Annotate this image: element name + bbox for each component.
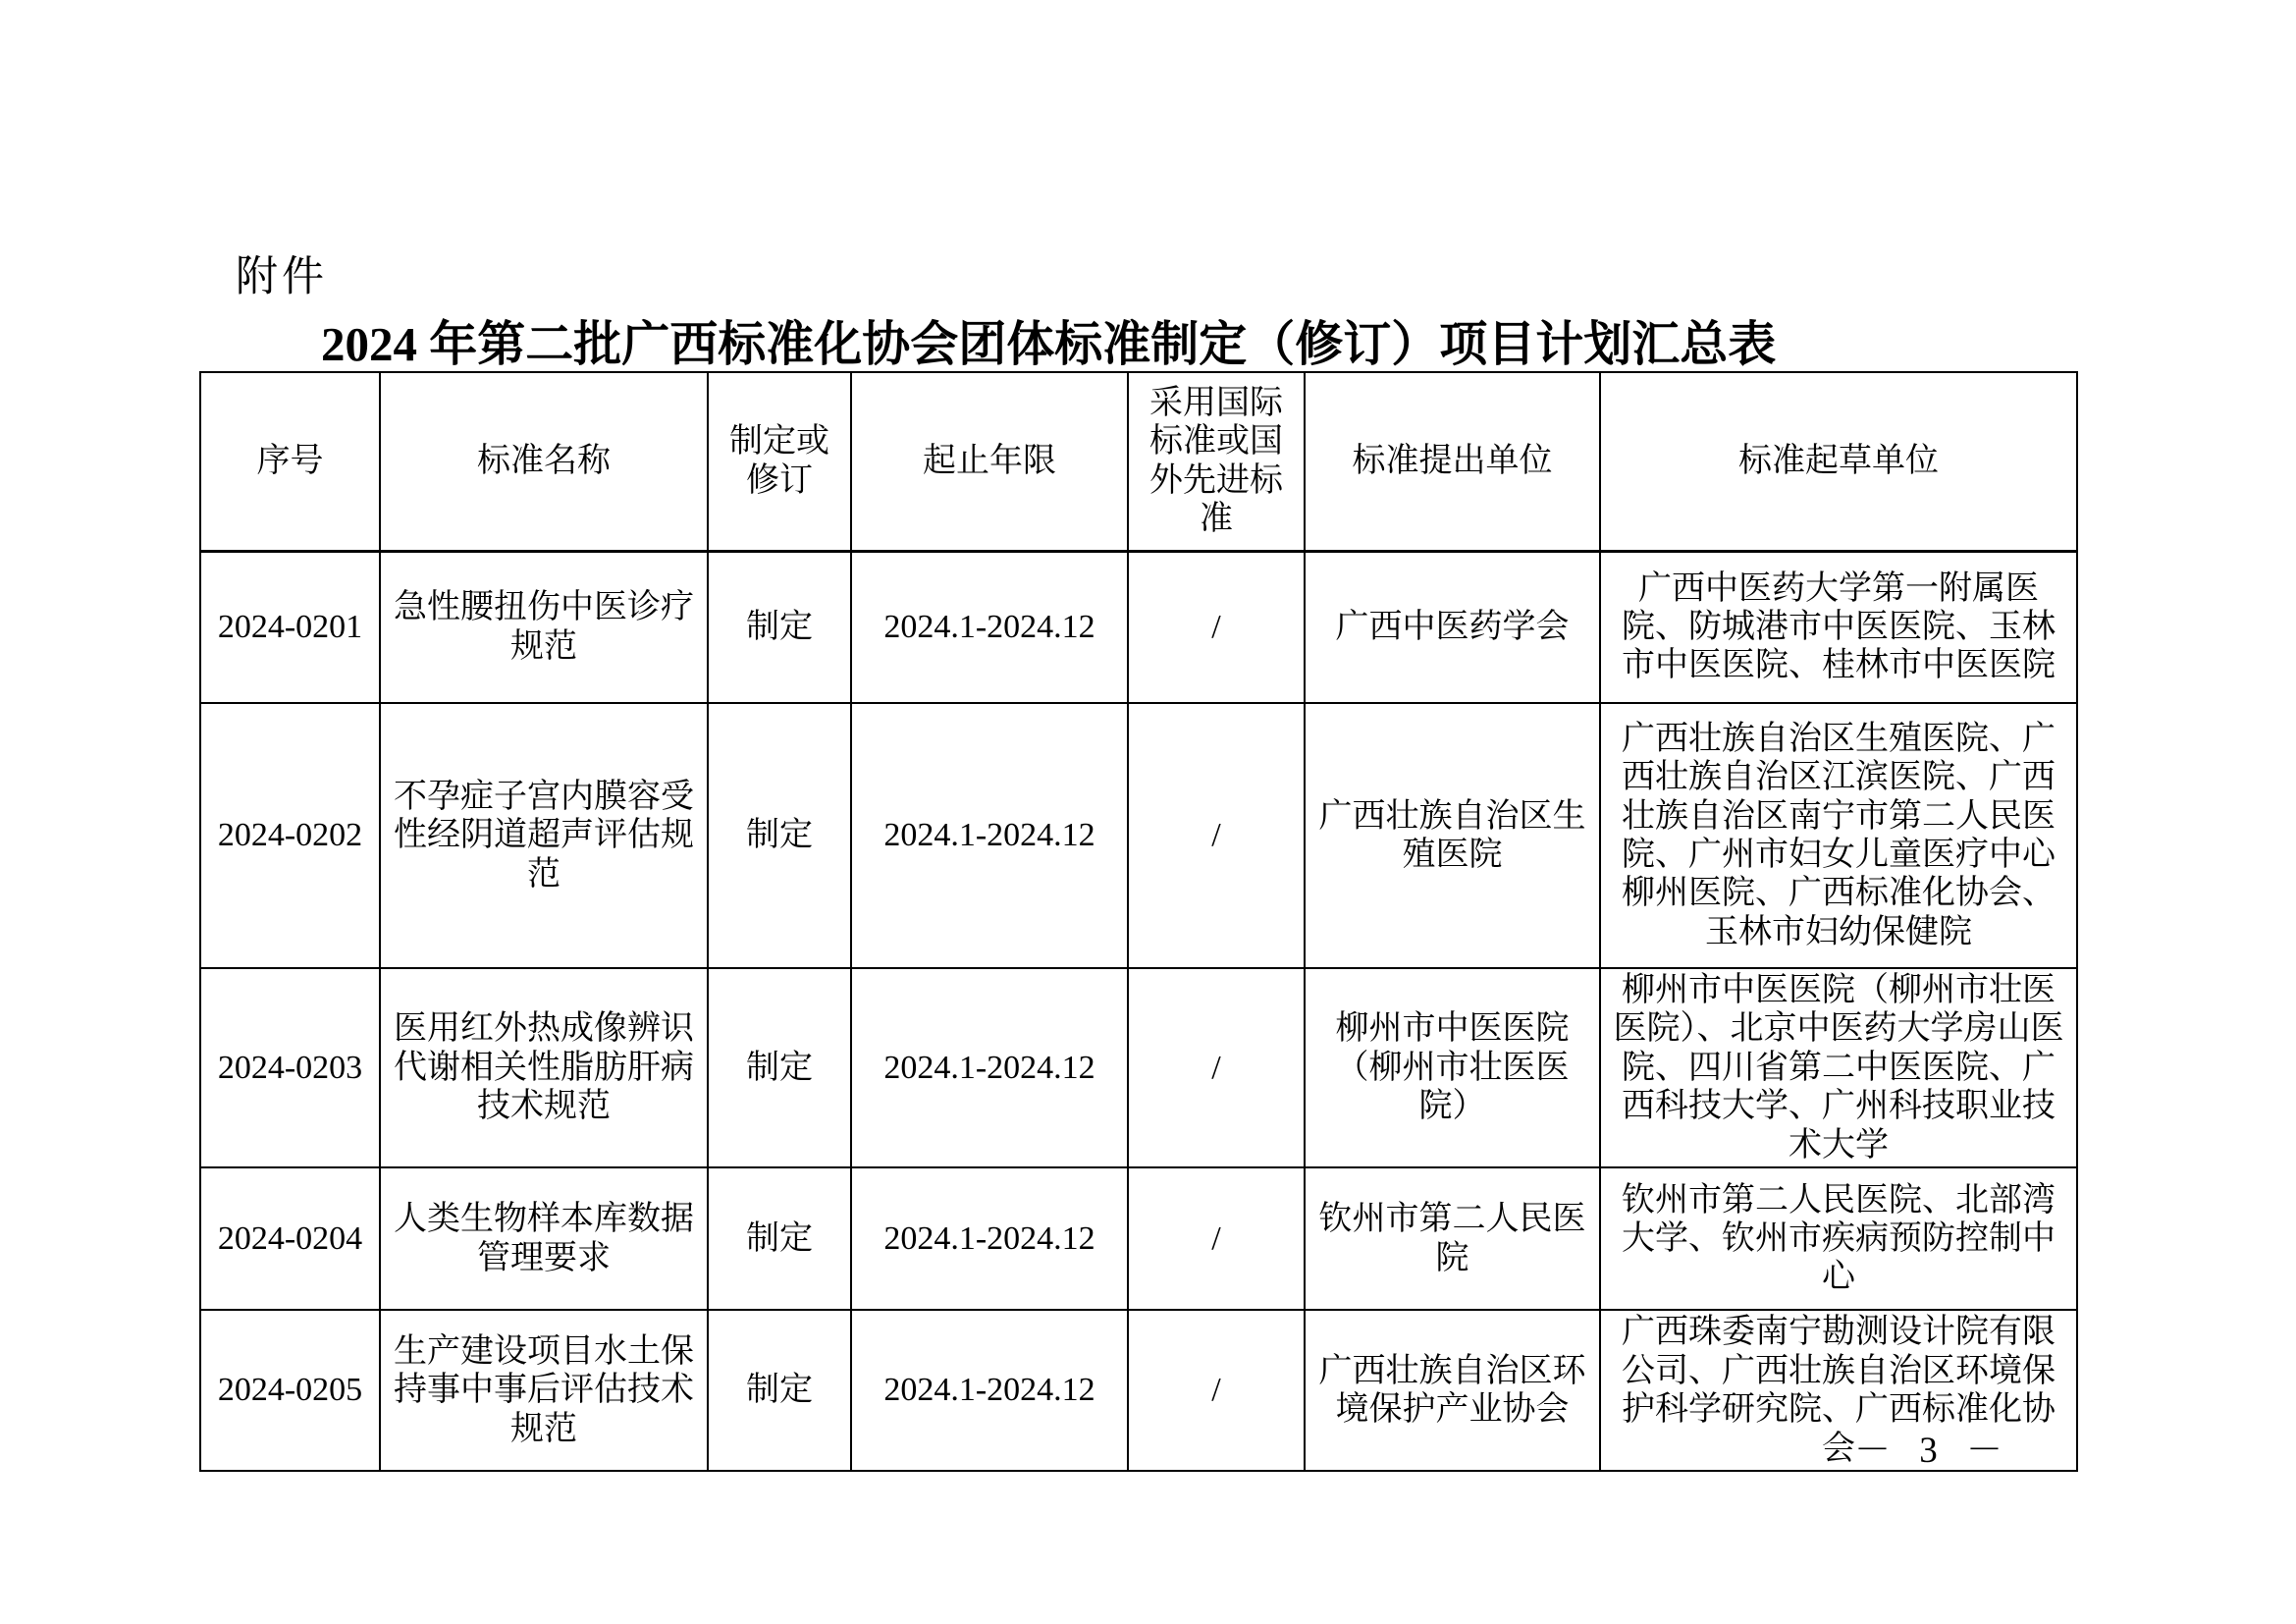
table-row: 2024-0203 医用红外热成像辨识代谢相关性脂肪肝病技术规范 制定 2024… bbox=[200, 968, 2077, 1167]
drafters-cell: 广西壮族自治区生殖医院、广西壮族自治区江滨医院、广西壮族自治区南宁市第二人民医院… bbox=[1600, 703, 2077, 968]
period-cell: 2024.1-2024.12 bbox=[851, 968, 1128, 1167]
intl-cell: / bbox=[1128, 1167, 1305, 1310]
document-page: 附件 2024 年第二批广西标准化协会团体标准制定（修订）项目计划汇总表 序号 … bbox=[0, 0, 2296, 1624]
table-row: 2024-0201 急性腰扭伤中医诊疗规范 制定 2024.1-2024.12 … bbox=[200, 551, 2077, 703]
standard-name-cell: 急性腰扭伤中医诊疗规范 bbox=[380, 551, 708, 703]
serial-cell: 2024-0205 bbox=[200, 1310, 380, 1471]
period-cell: 2024.1-2024.12 bbox=[851, 1167, 1128, 1310]
drafters-cell: 广西中医药大学第一附属医院、防城港市中医医院、玉林市中医医院、桂林市中医医院 bbox=[1600, 551, 2077, 703]
type-cell: 制定 bbox=[708, 1310, 851, 1471]
serial-cell: 2024-0204 bbox=[200, 1167, 380, 1310]
type-cell: 制定 bbox=[708, 968, 851, 1167]
intl-cell: / bbox=[1128, 1310, 1305, 1471]
standard-name-cell: 不孕症子宫内膜容受性经阴道超声评估规范 bbox=[380, 703, 708, 968]
header-period: 起止年限 bbox=[851, 372, 1128, 551]
type-cell: 制定 bbox=[708, 703, 851, 968]
type-cell: 制定 bbox=[708, 1167, 851, 1310]
table-row: 2024-0204 人类生物样本库数据管理要求 制定 2024.1-2024.1… bbox=[200, 1167, 2077, 1310]
header-name: 标准名称 bbox=[380, 372, 708, 551]
proposer-cell: 广西壮族自治区生殖医院 bbox=[1305, 703, 1600, 968]
standard-name-cell: 生产建设项目水土保持事中事后评估技术规范 bbox=[380, 1310, 708, 1471]
proposer-cell: 柳州市中医医院（柳州市壮医医院） bbox=[1305, 968, 1600, 1167]
proposer-cell: 钦州市第二人民医院 bbox=[1305, 1167, 1600, 1310]
standard-name-cell: 医用红外热成像辨识代谢相关性脂肪肝病技术规范 bbox=[380, 968, 708, 1167]
serial-cell: 2024-0202 bbox=[200, 703, 380, 968]
table-header-row: 序号 标准名称 制定或修订 起止年限 采用国际标准或国外先进标准 标准提出单位 … bbox=[200, 372, 2077, 551]
serial-cell: 2024-0203 bbox=[200, 968, 380, 1167]
table-row: 2024-0205 生产建设项目水土保持事中事后评估技术规范 制定 2024.1… bbox=[200, 1310, 2077, 1471]
page-number: － 3 － bbox=[1854, 1420, 2012, 1473]
period-cell: 2024.1-2024.12 bbox=[851, 1310, 1128, 1471]
standard-name-cell: 人类生物样本库数据管理要求 bbox=[380, 1167, 708, 1310]
serial-cell: 2024-0201 bbox=[200, 551, 380, 703]
period-cell: 2024.1-2024.12 bbox=[851, 703, 1128, 968]
header-proposer: 标准提出单位 bbox=[1305, 372, 1600, 551]
proposer-cell: 广西壮族自治区环境保护产业协会 bbox=[1305, 1310, 1600, 1471]
type-cell: 制定 bbox=[708, 551, 851, 703]
attachment-label: 附件 bbox=[236, 244, 328, 303]
period-cell: 2024.1-2024.12 bbox=[851, 551, 1128, 703]
intl-cell: / bbox=[1128, 551, 1305, 703]
drafters-cell: 钦州市第二人民医院、北部湾大学、钦州市疾病预防控制中心 bbox=[1600, 1167, 2077, 1310]
document-title: 2024 年第二批广西标准化协会团体标准制定（修订）项目计划汇总表 bbox=[321, 306, 1852, 375]
proposer-cell: 广西中医药学会 bbox=[1305, 551, 1600, 703]
intl-cell: / bbox=[1128, 968, 1305, 1167]
intl-cell: / bbox=[1128, 703, 1305, 968]
table-row: 2024-0202 不孕症子宫内膜容受性经阴道超声评估规范 制定 2024.1-… bbox=[200, 703, 2077, 968]
standards-plan-table: 序号 标准名称 制定或修订 起止年限 采用国际标准或国外先进标准 标准提出单位 … bbox=[199, 371, 2078, 1472]
header-type: 制定或修订 bbox=[708, 372, 851, 551]
header-drafters: 标准起草单位 bbox=[1600, 372, 2077, 551]
header-intl: 采用国际标准或国外先进标准 bbox=[1128, 372, 1305, 551]
drafters-cell: 柳州市中医医院（柳州市壮医医院）、北京中医药大学房山医院、四川省第二中医医院、广… bbox=[1600, 968, 2077, 1167]
header-serial: 序号 bbox=[200, 372, 380, 551]
